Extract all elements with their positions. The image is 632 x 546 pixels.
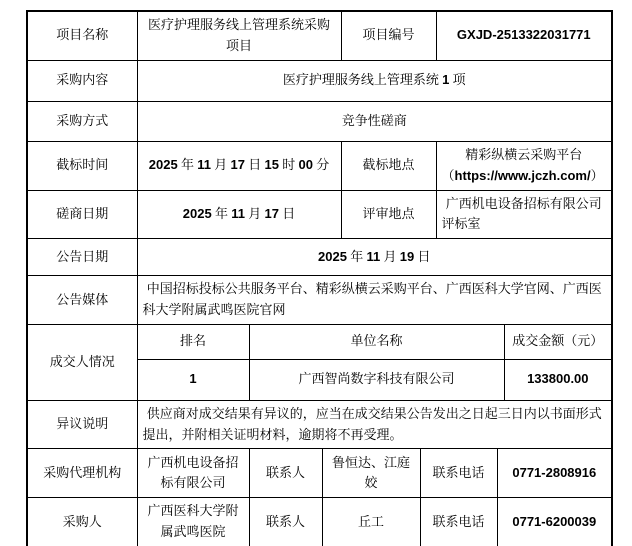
row-purchaser: 采购人 广西医科大学附属武鸣医院 联系人 丘工 联系电话 0771-620003… bbox=[27, 498, 612, 546]
announcement-media-value: 中国招标投标公共服务平台、精彩纵横云采购平台、广西医科大学官网、广西医科大学附属… bbox=[137, 276, 612, 325]
winner-rank-header: 排名 bbox=[137, 324, 249, 359]
row-project-name: 项目名称 医疗护理服务线上管理系统采购项目 项目编号 GXJD-25133220… bbox=[27, 11, 612, 60]
procurement-method-label: 采购方式 bbox=[27, 101, 137, 141]
row-negotiation-date: 磋商日期 2025 年 11 月 17 日 评审地点 广西机电设备招标有限公司评… bbox=[27, 190, 612, 239]
objection-value: 供应商对成交结果有异议的，应当在成交结果公告发出之日起三日内以书面形式提出，并附… bbox=[137, 400, 612, 449]
project-name-label: 项目名称 bbox=[27, 11, 137, 60]
bid-location-label: 截标地点 bbox=[341, 141, 436, 190]
purchaser-contact-value: 丘工 bbox=[322, 498, 420, 546]
winner-section-label: 成交人情况 bbox=[27, 324, 137, 400]
review-location-label: 评审地点 bbox=[341, 190, 436, 239]
row-announcement-date: 公告日期 2025 年 11 月 19 日 bbox=[27, 239, 612, 276]
procurement-content-label: 采购内容 bbox=[27, 60, 137, 101]
negotiation-date-label: 磋商日期 bbox=[27, 190, 137, 239]
announcement-media-label: 公告媒体 bbox=[27, 276, 137, 325]
agency-name: 广西机电设备招标有限公司 bbox=[137, 449, 249, 498]
project-code-label: 项目编号 bbox=[341, 11, 436, 60]
purchaser-phone-label: 联系电话 bbox=[420, 498, 497, 546]
row-announcement-media: 公告媒体 中国招标投标公共服务平台、精彩纵横云采购平台、广西医科大学官网、广西医… bbox=[27, 276, 612, 325]
agency-label: 采购代理机构 bbox=[27, 449, 137, 498]
purchaser-phone-value: 0771-6200039 bbox=[497, 498, 612, 546]
objection-label: 异议说明 bbox=[27, 400, 137, 449]
purchaser-contact-label: 联系人 bbox=[249, 498, 322, 546]
row-procurement-method: 采购方式 竞争性磋商 bbox=[27, 101, 612, 141]
winner-amount-value: 133800.00 bbox=[504, 359, 612, 400]
row-procurement-content: 采购内容 医疗护理服务线上管理系统 1 项 bbox=[27, 60, 612, 101]
project-name-value: 医疗护理服务线上管理系统采购项目 bbox=[137, 11, 341, 60]
winner-company-value: 广西智尚数字科技有限公司 bbox=[249, 359, 504, 400]
row-agency: 采购代理机构 广西机电设备招标有限公司 联系人 鲁恒达、江庭姣 联系电话 077… bbox=[27, 449, 612, 498]
row-objection: 异议说明 供应商对成交结果有异议的，应当在成交结果公告发出之日起三日内以书面形式… bbox=[27, 400, 612, 449]
procurement-content-value: 医疗护理服务线上管理系统 1 项 bbox=[137, 60, 612, 101]
purchaser-label: 采购人 bbox=[27, 498, 137, 546]
negotiation-date-value: 2025 年 11 月 17 日 bbox=[137, 190, 341, 239]
procurement-result-table: 项目名称 医疗护理服务线上管理系统采购项目 项目编号 GXJD-25133220… bbox=[26, 10, 613, 546]
agency-contact-label: 联系人 bbox=[249, 449, 322, 498]
purchaser-name: 广西医科大学附属武鸣医院 bbox=[137, 498, 249, 546]
bid-deadline-label: 截标时间 bbox=[27, 141, 137, 190]
row-winner-header: 成交人情况 排名 单位名称 成交金额（元） bbox=[27, 324, 612, 359]
agency-phone-value: 0771-2808916 bbox=[497, 449, 612, 498]
winner-amount-header: 成交金额（元） bbox=[504, 324, 612, 359]
winner-company-header: 单位名称 bbox=[249, 324, 504, 359]
agency-phone-label: 联系电话 bbox=[420, 449, 497, 498]
announcement-date-value: 2025 年 11 月 19 日 bbox=[137, 239, 612, 276]
winner-rank-value: 1 bbox=[137, 359, 249, 400]
project-code-value: GXJD-2513322031771 bbox=[436, 11, 612, 60]
bid-deadline-value: 2025 年 11 月 17 日 15 时 00 分 bbox=[137, 141, 341, 190]
announcement-date-label: 公告日期 bbox=[27, 239, 137, 276]
row-bid-deadline: 截标时间 2025 年 11 月 17 日 15 时 00 分 截标地点 精彩纵… bbox=[27, 141, 612, 190]
review-location-value: 广西机电设备招标有限公司评标室 bbox=[436, 190, 612, 239]
agency-contact-value: 鲁恒达、江庭姣 bbox=[322, 449, 420, 498]
bid-location-value: 精彩纵横云采购平台（https://www.jczh.com/） bbox=[436, 141, 612, 190]
procurement-method-value: 竞争性磋商 bbox=[137, 101, 612, 141]
